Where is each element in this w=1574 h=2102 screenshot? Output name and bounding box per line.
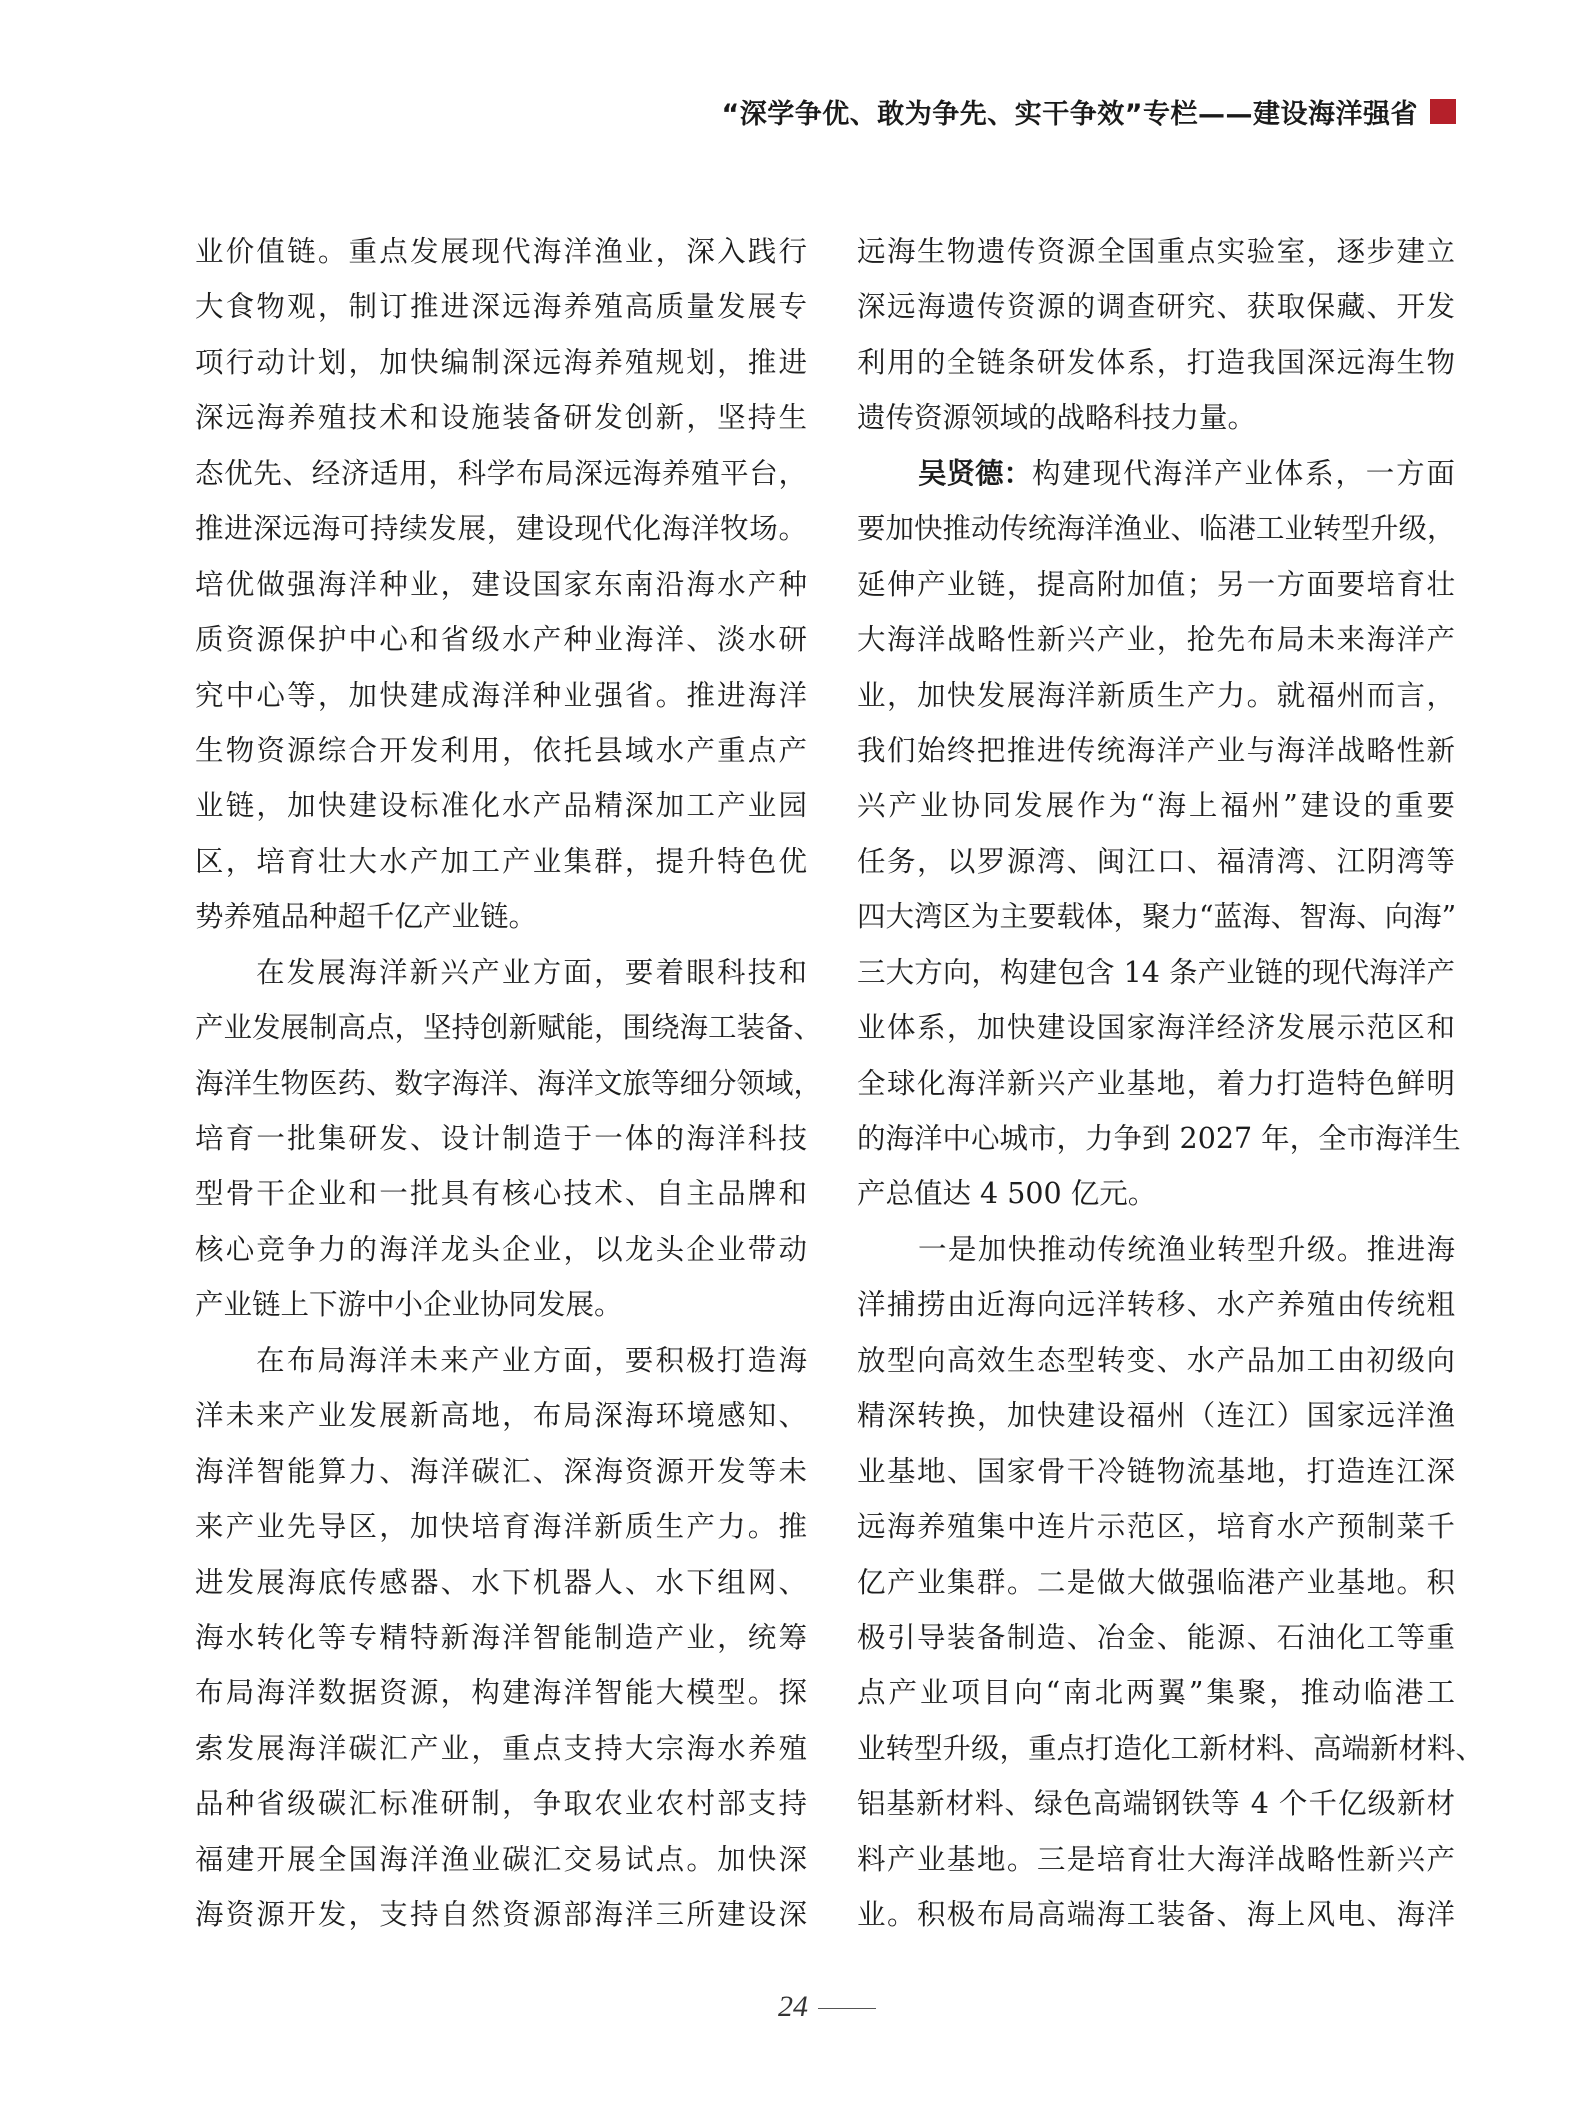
text-line: 遗传资源领域的战略科技力量。: [857, 399, 1455, 454]
text-line: 深远海养殖技术和设施装备研发创新，坚持生: [195, 399, 807, 454]
text-line: 推进深远海可持续发展，建设现代化海洋牧场。: [195, 510, 807, 565]
text-line: 兴产业协同发展作为“海上福州”建设的重要: [857, 787, 1455, 842]
text-line: 吴贤德：构建现代海洋产业体系，一方面: [857, 455, 1455, 510]
text-line: 来产业先导区，加快培育海洋新质生产力。推: [195, 1508, 807, 1563]
paragraph: 业价值链。重点发展现代海洋渔业，深入践行大食物观，制订推进深远海养殖高质量发展专…: [195, 233, 807, 954]
right-column: 远海生物遗传资源全国重点实验室，逐步建立深远海遗传资源的调查研究、获取保藏、开发…: [857, 233, 1455, 1952]
text-line: 势养殖品种超千亿产业链。: [195, 898, 807, 953]
text-line: 大海洋战略性新兴产业，抢先布局未来海洋产: [857, 621, 1455, 676]
page-footer: 24: [778, 1990, 876, 2024]
text-line: 亿产业集群。二是做大做强临港产业基地。积: [857, 1564, 1455, 1619]
text-line: 全球化海洋新兴产业基地，着力打造特色鲜明: [857, 1065, 1455, 1120]
text-line: 海资源开发，支持自然资源部海洋三所建设深: [195, 1896, 807, 1951]
text-line: 质资源保护中心和省级水产种业海洋、淡水研: [195, 621, 807, 676]
text-line: 要加快推动传统海洋渔业、临港工业转型升级，: [857, 510, 1455, 565]
text-line: 点产业项目向“南北两翼”集聚，推动临港工: [857, 1674, 1455, 1729]
text-line: 在发展海洋新兴产业方面，要着眼科技和: [195, 954, 807, 1009]
red-square-marker-icon: [1430, 99, 1456, 124]
footer-rule: [818, 2008, 876, 2009]
text-line: 业价值链。重点发展现代海洋渔业，深入践行: [195, 233, 807, 288]
text-line: 四大湾区为主要载体，聚力“蓝海、智海、向海”: [857, 898, 1455, 953]
text-line: 任务，以罗源湾、闽江口、福清湾、江阴湾等: [857, 843, 1455, 898]
left-column: 业价值链。重点发展现代海洋渔业，深入践行大食物观，制订推进深远海养殖高质量发展专…: [195, 233, 807, 1952]
text-line: 远海生物遗传资源全国重点实验室，逐步建立: [857, 233, 1455, 288]
text-line: 产总值达 4 500 亿元。: [857, 1175, 1455, 1230]
text-line: 态优先、经济适用，科学布局深远海养殖平台，: [195, 455, 807, 510]
text-line: 远海养殖集中连片示范区，培育水产预制菜千: [857, 1508, 1455, 1563]
text-line: 深远海遗传资源的调查研究、获取保藏、开发: [857, 288, 1455, 343]
text-line: 海洋智能算力、海洋碳汇、深海资源开发等未: [195, 1453, 807, 1508]
paragraph: 在发展海洋新兴产业方面，要着眼科技和产业发展制高点，坚持创新赋能，围绕海工装备、…: [195, 954, 807, 1342]
text-line: 业体系，加快建设国家海洋经济发展示范区和: [857, 1009, 1455, 1064]
page-number: 24: [778, 1990, 808, 2024]
text-line: 索发展海洋碳汇产业，重点支持大宗海水养殖: [195, 1730, 807, 1785]
text-line: 核心竞争力的海洋龙头企业，以龙头企业带动: [195, 1231, 807, 1286]
column-title: “深学争优、敢为争先、实干争效”专栏——建设海洋强省: [722, 92, 1419, 131]
text-line: 究中心等，加快建成海洋种业强省。推进海洋: [195, 677, 807, 732]
text-line: 铝基新材料、绿色高端钢铁等 4 个千亿级新材: [857, 1785, 1455, 1840]
text-line: 精深转换，加快建设福州（连江）国家远洋渔: [857, 1397, 1455, 1452]
text-line: 布局海洋数据资源，构建海洋智能大模型。探: [195, 1674, 807, 1729]
text-line: 进发展海底传感器、水下机器人、水下组网、: [195, 1564, 807, 1619]
text-line: 洋捕捞由近海向远洋转移、水产养殖由传统粗: [857, 1286, 1455, 1341]
text-line: 区，培育壮大水产加工产业集群，提升特色优: [195, 843, 807, 898]
text-line: 产业链上下游中小企业协同发展。: [195, 1286, 807, 1341]
text-line: 型骨干企业和一批具有核心技术、自主品牌和: [195, 1175, 807, 1230]
text-line: 一是加快推动传统渔业转型升级。推进海: [857, 1231, 1455, 1286]
text-line: 的海洋中心城市，力争到 2027 年，全市海洋生: [857, 1120, 1455, 1175]
text-line: 业转型升级，重点打造化工新材料、高端新材料、: [857, 1730, 1455, 1785]
text-line: 海水转化等专精特新海洋智能制造产业，统筹: [195, 1619, 807, 1674]
text-line: 极引导装备制造、冶金、能源、石油化工等重: [857, 1619, 1455, 1674]
text-line: 大食物观，制订推进深远海养殖高质量发展专: [195, 288, 807, 343]
text-line: 项行动计划，加快编制深远海养殖规划，推进: [195, 344, 807, 399]
text-line: 延伸产业链，提高附加值；另一方面要培育壮: [857, 566, 1455, 621]
running-header: “深学争优、敢为争先、实干争效”专栏——建设海洋强省: [722, 94, 1457, 128]
text-line: 三大方向，构建包含 14 条产业链的现代海洋产: [857, 954, 1455, 1009]
text-line: 业，加快发展海洋新质生产力。就福州而言，: [857, 677, 1455, 732]
paragraph: 在布局海洋未来产业方面，要积极打造海洋未来产业发展新高地，布局深海环境感知、海洋…: [195, 1342, 807, 1952]
text-line: 产业发展制高点，坚持创新赋能，围绕海工装备、: [195, 1009, 807, 1064]
text-line: 放型向高效生态型转变、水产品加工由初级向: [857, 1342, 1455, 1397]
text-line: 我们始终把推进传统海洋产业与海洋战略性新: [857, 732, 1455, 787]
text-line: 业基地、国家骨干冷链物流基地，打造连江深: [857, 1453, 1455, 1508]
paragraph: 吴贤德：构建现代海洋产业体系，一方面要加快推动传统海洋渔业、临港工业转型升级，延…: [857, 455, 1455, 1231]
speaker-name: 吴贤德：: [918, 455, 1032, 510]
text-line: 洋未来产业发展新高地，布局深海环境感知、: [195, 1397, 807, 1452]
text-line: 利用的全链条研发体系，打造我国深远海生物: [857, 344, 1455, 399]
line-text: 构建现代海洋产业体系，一方面: [1032, 455, 1455, 510]
text-line: 料产业基地。三是培育壮大海洋战略性新兴产: [857, 1841, 1455, 1896]
text-line: 福建开展全国海洋渔业碳汇交易试点。加快深: [195, 1841, 807, 1896]
paragraph: 远海生物遗传资源全国重点实验室，逐步建立深远海遗传资源的调查研究、获取保藏、开发…: [857, 233, 1455, 455]
paragraph: 一是加快推动传统渔业转型升级。推进海洋捕捞由近海向远洋转移、水产养殖由传统粗放型…: [857, 1231, 1455, 1952]
text-line: 在布局海洋未来产业方面，要积极打造海: [195, 1342, 807, 1397]
text-line: 培育一批集研发、设计制造于一体的海洋科技: [195, 1120, 807, 1175]
text-line: 生物资源综合开发利用，依托县域水产重点产: [195, 732, 807, 787]
text-line: 品种省级碳汇标准研制，争取农业农村部支持: [195, 1785, 807, 1840]
text-line: 业链，加快建设标准化水产品精深加工产业园: [195, 787, 807, 842]
text-line: 海洋生物医药、数字海洋、海洋文旅等细分领域，: [195, 1065, 807, 1120]
text-line: 培优做强海洋种业，建设国家东南沿海水产种: [195, 566, 807, 621]
text-line: 业。积极布局高端海工装备、海上风电、海洋: [857, 1896, 1455, 1951]
